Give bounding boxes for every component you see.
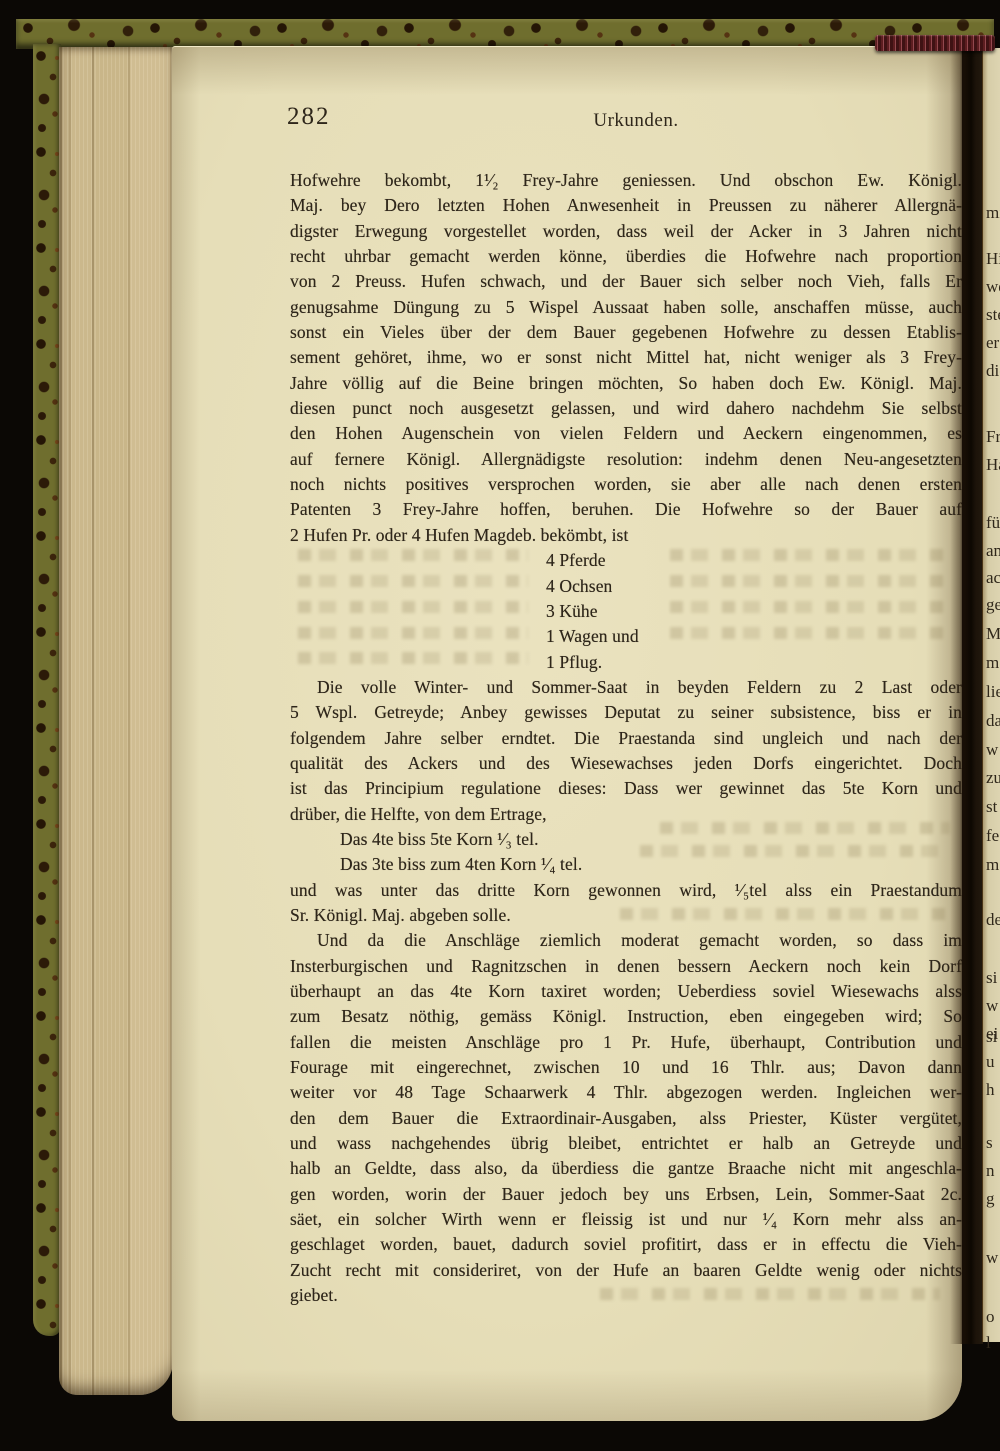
next-page-text-fragment: n <box>986 1161 995 1181</box>
next-page-text-fragment: m <box>986 653 999 673</box>
next-page-text-fragment: M <box>986 624 1000 644</box>
text-line: 2 Hufen Pr. oder 4 Hufen Magdeb. bekömbt… <box>290 523 962 548</box>
page-edges-stack <box>59 47 173 1395</box>
text-line: den dem Bauer die Extraordinair-Ausgaben… <box>290 1106 962 1131</box>
text-line: weiter vor 48 Tage Schaarwerk 4 Thlr. ab… <box>290 1080 962 1105</box>
text-line: Patenten 3 Frey-Jahre hoffen, beruhen. D… <box>290 497 962 522</box>
next-page-sliver: miHiwesteerdieFrHafüanacgeMmliedawzustfe… <box>982 48 1000 1342</box>
next-page-text-fragment: ge <box>986 595 1000 615</box>
next-page-text-fragment: Ha <box>986 455 1000 475</box>
next-page-text-fragment: l <box>986 1333 991 1353</box>
book-gutter-shadow <box>950 44 983 1344</box>
text-line: geschlaget worden, bauet, dadurch soviel… <box>290 1232 962 1257</box>
next-page-text-fragment: fü <box>986 513 1000 533</box>
text-line: Insterburgischen und Ragnitzschen in den… <box>290 954 962 979</box>
next-page-text-fragment: mi <box>986 203 1000 223</box>
next-page-text-fragment: er <box>986 333 999 353</box>
next-page-text-fragment: w <box>986 1248 998 1268</box>
next-page-text-fragment: si <box>986 968 997 988</box>
text-line: genugsahme Düngung zu 5 Wispel Aussaat h… <box>290 295 962 320</box>
text-line: gen worden, worin der Bauer jedoch bey u… <box>290 1182 962 1207</box>
text-line: überhaupt an das 4te Korn taxiret worden… <box>290 979 962 1004</box>
running-title: Urkunden. <box>520 110 752 132</box>
text-line: ist das Principium regulatione dieses: D… <box>290 776 962 801</box>
text-line: Die volle Winter- und Sommer-Saat in bey… <box>290 675 962 700</box>
text-line: Sr. Königl. Maj. abgeben solle. <box>290 903 962 928</box>
next-page-text-fragment: da <box>986 711 1000 731</box>
next-page-text-fragment: s <box>986 1133 993 1153</box>
text-line: und was unter das dritte Korn gewonnen w… <box>290 878 962 903</box>
next-page-text-fragment: u <box>986 1052 995 1072</box>
text-line: Und da die Anschläge ziemlich moderat ge… <box>290 928 962 953</box>
text-line: 5 Wspl. Getreyde; Anbey gewisses Deputat… <box>290 700 962 725</box>
text-line: Jahre völlig auf die Beine bringen möcht… <box>290 371 962 396</box>
next-page-text-fragment: fe <box>986 826 999 846</box>
text-line: auf fernere Königl. Allergnädigste resol… <box>290 447 962 472</box>
next-page-text-fragment: Hi <box>986 249 1000 269</box>
marbled-cover-edge-top <box>16 19 994 49</box>
text-line: säet, ein solcher Wirth wenn er fleissig… <box>290 1207 962 1232</box>
text-line: 1 Wagen und <box>290 624 962 649</box>
text-line: Zucht recht mit consideriret, von der Hu… <box>290 1258 962 1283</box>
text-line: halb an Geldte, dass also, da überdiess … <box>290 1156 962 1181</box>
text-line: sonst ein Vieles über der dem Bauer gege… <box>290 320 962 345</box>
next-page-text-fragment: we <box>986 277 1000 297</box>
text-line: Das 3te biss zum 4ten Korn ¹⁄₄ tel. <box>290 852 962 877</box>
next-page-text-fragment: w <box>986 996 998 1016</box>
text-line: 1 Pflug. <box>290 650 962 675</box>
next-page-text-fragment: w <box>986 740 998 760</box>
scanned-book-page-photo: 282 Urkunden. Hofwehre bekombt, 1¹⁄₂ Fre… <box>0 0 1000 1451</box>
text-line: Fourage mit eingerechnet, zwischen 10 un… <box>290 1055 962 1080</box>
text-line: Das 4te biss 5te Korn ¹⁄₃ tel. <box>290 827 962 852</box>
next-page-text-fragment: st <box>986 797 997 817</box>
text-line: giebet. <box>290 1283 962 1308</box>
next-page-text-fragment: Fr <box>986 427 1000 447</box>
next-page-text-fragment: die <box>986 361 1000 381</box>
text-line: zum Besatz nöthig, gemäss Königl. Instru… <box>290 1004 962 1029</box>
text-line: sement gehöret, ihme, wo er sonst nicht … <box>290 345 962 370</box>
marbled-cover-edge-left <box>33 44 61 1336</box>
text-line: digster Erwegung vorgestellet worden, da… <box>290 219 962 244</box>
text-line: fallen die meisten Anschläge pro 1 Pr. H… <box>290 1030 962 1055</box>
next-page-text-fragment: m <box>986 855 999 875</box>
next-page-text-fragment: de <box>986 910 1000 930</box>
text-line: 3 Kühe <box>290 599 962 624</box>
next-page-text-fragment: o <box>986 1307 995 1327</box>
text-line: 4 Ochsen <box>290 574 962 599</box>
next-page-text-fragment: h <box>986 1080 995 1100</box>
next-page-text-fragment: lie <box>986 682 1000 702</box>
next-page-text-fragment: an <box>986 541 1000 561</box>
text-line: 4 Pferde <box>290 548 962 573</box>
text-line: und wass nachgehendes übrig bleibet, ent… <box>290 1131 962 1156</box>
next-page-text-fragment: g <box>986 1189 995 1209</box>
text-line: von 2 Preuss. Hufen schwach, und der Bau… <box>290 269 962 294</box>
text-line: Maj. bey Dero letzten Hohen Anwesenheit … <box>290 193 962 218</box>
text-line: recht uhrbar gemacht werden könne, überd… <box>290 244 962 269</box>
next-page-text-fragment: ste <box>986 305 1000 325</box>
text-line: noch nichts positives versprochen worden… <box>290 472 962 497</box>
next-page-text-fragment: si <box>986 1027 997 1047</box>
body-text: Hofwehre bekombt, 1¹⁄₂ Frey-Jahre genies… <box>290 168 962 1308</box>
book-headband <box>875 35 995 51</box>
text-line: Hofwehre bekombt, 1¹⁄₂ Frey-Jahre genies… <box>290 168 962 193</box>
text-line: folgendem Jahre selber erndtet. Die Prae… <box>290 726 962 751</box>
text-line: drüber, die Helfte, von dem Ertrage, <box>290 802 962 827</box>
next-page-text-fragment: ac <box>986 568 1000 588</box>
text-line: den Hohen Augenschein von vielen Feldern… <box>290 421 962 446</box>
page-number: 282 <box>287 103 331 131</box>
text-line: diesen punct noch ausgesetzt gelassen, u… <box>290 396 962 421</box>
text-line: qualität des Ackers und des Wiesewachses… <box>290 751 962 776</box>
next-page-text-fragment: zu <box>986 768 1000 788</box>
